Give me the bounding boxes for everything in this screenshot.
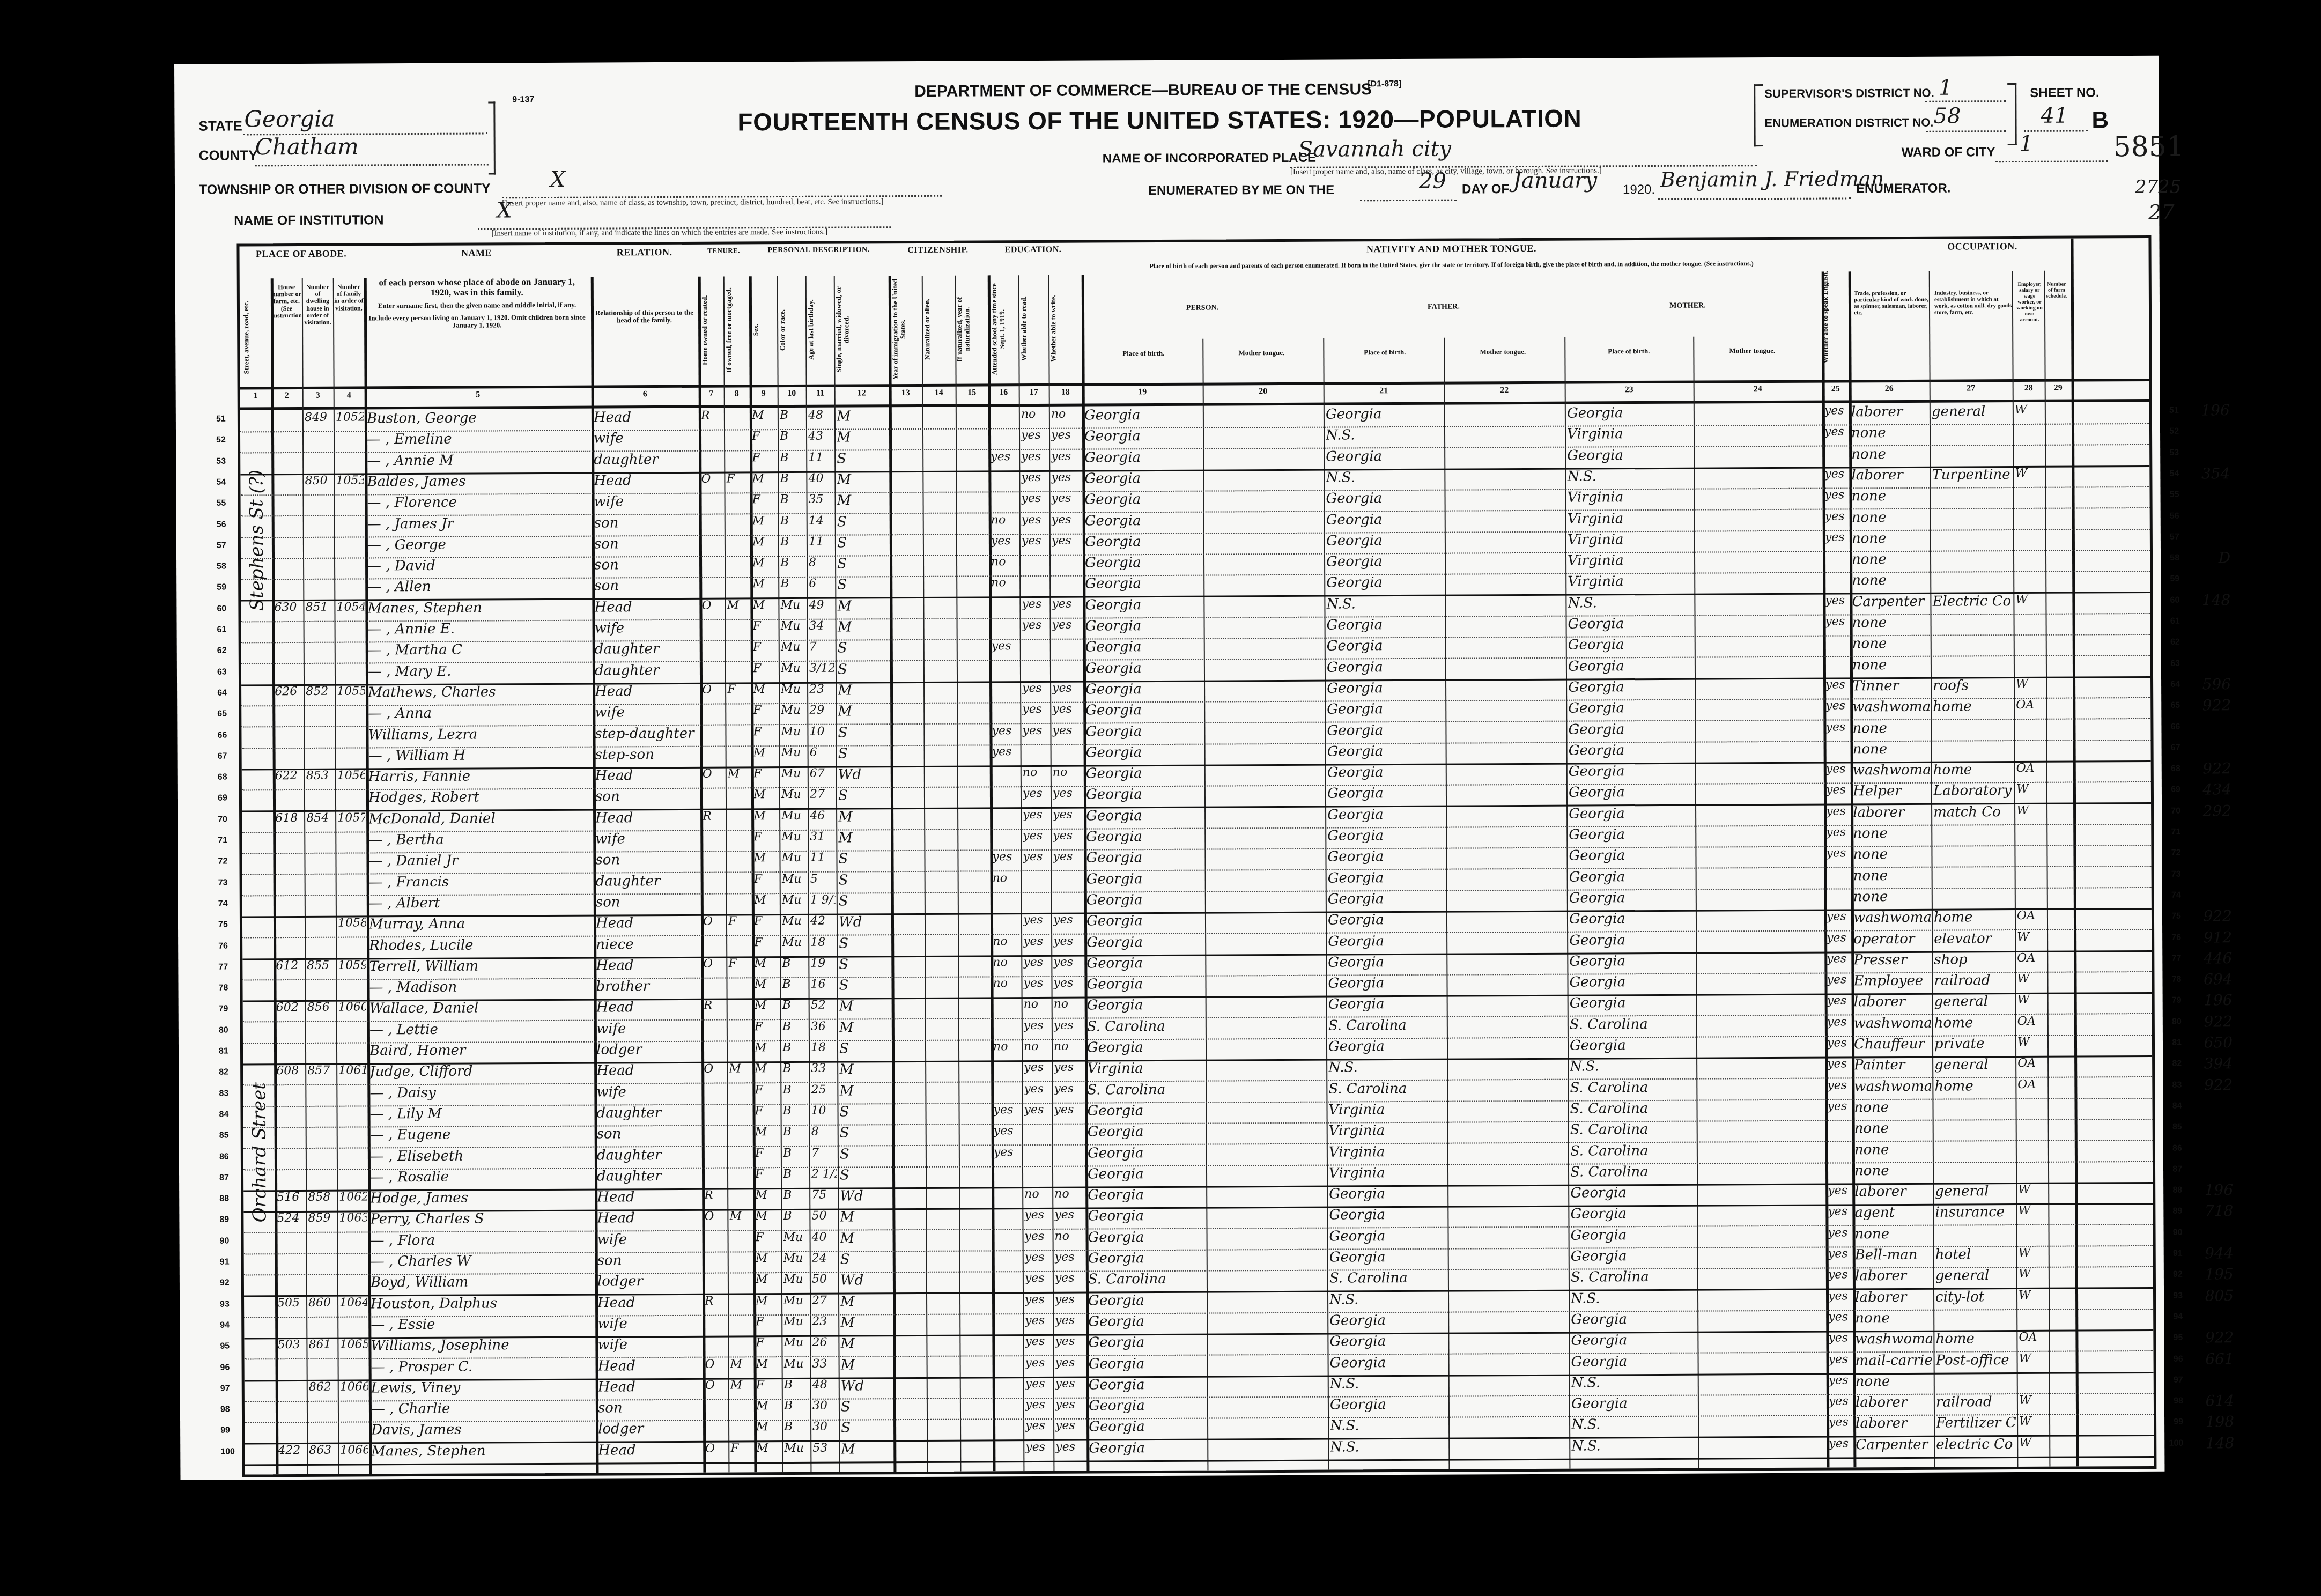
- cell-marital: Wd: [841, 1378, 892, 1394]
- cell-write: yes: [1055, 1251, 1085, 1264]
- cell-marital: M: [837, 471, 888, 487]
- cell-read: yes: [1025, 1292, 1052, 1306]
- cell-sex: F: [754, 914, 779, 928]
- cell-sex: M: [755, 1041, 779, 1054]
- column-number: 1: [240, 391, 271, 407]
- cell-relation: daughter: [596, 1105, 700, 1121]
- cell-sex: F: [755, 1020, 779, 1033]
- cell-school: yes: [992, 850, 1019, 863]
- cell-birth: Georgia: [1089, 1418, 1206, 1435]
- cell-mother-birth: Georgia: [1570, 1185, 1696, 1201]
- cell-relation: Head: [594, 472, 698, 489]
- cell-name: — , Flora: [371, 1231, 594, 1248]
- cell-sex: F: [753, 725, 778, 738]
- column-number: 28: [2013, 383, 2045, 400]
- cell-birth: Georgia: [1087, 997, 1204, 1014]
- cell-mother-birth: Georgia: [1568, 700, 1694, 716]
- cell-owned: R: [704, 999, 726, 1013]
- cell-english: yes: [1827, 952, 1850, 965]
- occupation-code-note: 198: [2206, 1413, 2235, 1431]
- cell-father-birth: Georgia: [1328, 869, 1445, 886]
- cell-father-birth: N.S.: [1326, 469, 1443, 486]
- cell-english: yes: [1829, 1394, 1852, 1408]
- cell-relation: wife: [595, 704, 699, 721]
- cell-english: yes: [1825, 699, 1849, 713]
- cell-read: yes: [1025, 1419, 1052, 1432]
- occupation-code-note: 694: [2204, 970, 2233, 988]
- column-number: 27: [1930, 383, 2013, 400]
- cell-class: W: [2017, 1036, 2046, 1049]
- cell-english: yes: [1824, 404, 1848, 417]
- state-value: Georgia: [244, 106, 335, 132]
- cell-read: no: [1024, 997, 1051, 1011]
- state-label: STATE: [198, 117, 242, 134]
- mortgage-heading: If owned, free or mortgaged.: [725, 276, 747, 383]
- cell-relation: Head: [595, 767, 699, 784]
- cell-mother-birth: N.S.: [1568, 594, 1693, 611]
- cell-dwelling: 851: [305, 600, 333, 614]
- cell-father-birth: N.S.: [1330, 1375, 1447, 1392]
- cell-birth: Georgia: [1088, 1313, 1206, 1330]
- cell-age: 67: [810, 767, 835, 780]
- line-number-right: 61: [2170, 617, 2180, 626]
- cell-occupation: laborer: [1851, 467, 1928, 484]
- line-number: 100: [220, 1447, 235, 1457]
- institution-note: [Insert name of institution, if any, and…: [491, 228, 827, 239]
- cell-age: 50: [811, 1209, 837, 1223]
- cell-race: Mu: [781, 851, 807, 864]
- cell-sex: F: [754, 873, 779, 886]
- column-number: 11: [806, 389, 834, 405]
- cell-birth: Georgia: [1086, 849, 1203, 866]
- cell-race: Mu: [781, 683, 806, 696]
- line-number-right: 80: [2172, 1017, 2182, 1026]
- cell-sex: M: [756, 1252, 780, 1265]
- line-number-right: 63: [2170, 659, 2180, 668]
- cell-marital: M: [838, 830, 890, 846]
- cell-mother-birth: Georgia: [1571, 1395, 1697, 1412]
- cell-marital: M: [839, 999, 891, 1015]
- occupation-code-note: 195: [2205, 1266, 2234, 1283]
- cell-class: W: [2015, 593, 2044, 606]
- cell-father-birth: Georgia: [1329, 1312, 1447, 1329]
- cell-birth: Georgia: [1084, 449, 1202, 465]
- cell-name: Baldes, James: [367, 473, 590, 490]
- cell-industry: Post-office: [1936, 1352, 2016, 1369]
- cell-school: no: [993, 871, 1020, 885]
- cell-name: — , Prosper C.: [371, 1358, 595, 1375]
- cell-read: yes: [1024, 1230, 1051, 1243]
- cell-age: 33: [812, 1357, 838, 1370]
- group-nativity: NATIVITY AND MOTHER TONGUE.: [1081, 242, 1821, 256]
- cell-owned: R: [701, 409, 723, 423]
- cell-race: B: [780, 430, 805, 443]
- cell-write: yes: [1055, 1377, 1085, 1390]
- line-number-right: 53: [2169, 448, 2179, 457]
- cell-write: no: [1054, 1040, 1084, 1053]
- nativity-col-desc: Place of birth of each person and parent…: [1087, 260, 1816, 285]
- line-number-right: 70: [2171, 806, 2180, 816]
- cell-write: yes: [1053, 850, 1083, 863]
- marital-heading: Single, married, widowed, or divorced.: [835, 276, 862, 383]
- cell-father-birth: Georgia: [1327, 659, 1444, 675]
- cell-race: B: [783, 1188, 808, 1202]
- cell-birth: Georgia: [1086, 744, 1203, 760]
- cell-sex: M: [752, 472, 777, 485]
- cell-father-birth: N.S.: [1329, 1291, 1447, 1307]
- cell-birth: Georgia: [1088, 1187, 1205, 1203]
- cell-mother-birth: Georgia: [1570, 1206, 1696, 1222]
- cell-birth: S. Carolina: [1087, 1018, 1204, 1035]
- cell-read: yes: [1021, 471, 1048, 484]
- cell-dwelling: 862: [309, 1380, 337, 1393]
- column-number: 20: [1203, 387, 1324, 403]
- cell-age: 46: [810, 809, 835, 822]
- cell-mother-birth: N.S.: [1567, 468, 1692, 485]
- cell-age: 8: [809, 556, 834, 570]
- column-number: 17: [1019, 388, 1049, 404]
- cell-marital: S: [838, 725, 889, 741]
- cell-sex: F: [752, 493, 777, 506]
- cell-name: McDonald, Daniel: [368, 810, 592, 827]
- census-sheet: STATE Georgia COUNTY Chatham 9-137 TOWNS…: [174, 56, 2164, 1480]
- cell-class: W: [2017, 993, 2046, 1007]
- line-number-right: 64: [2170, 680, 2180, 690]
- cell-mother-birth: S. Carolina: [1570, 1016, 1695, 1032]
- cell-occupation: laborer: [1855, 1289, 1932, 1305]
- cell-write: yes: [1052, 513, 1082, 526]
- cell-relation: son: [596, 894, 700, 911]
- cell-occupation: washwoman: [1854, 1078, 1931, 1095]
- cell-mother-birth: Georgia: [1570, 995, 1695, 1011]
- cell-name: — , William H: [368, 747, 592, 764]
- line-number-right: 97: [2174, 1375, 2183, 1385]
- cell-mother-birth: N.S.: [1571, 1374, 1697, 1391]
- cell-marital: M: [839, 1019, 891, 1036]
- cell-name: — , Emeline: [367, 431, 590, 448]
- cell-race: Mu: [782, 935, 807, 949]
- cell-birth: Georgia: [1088, 1208, 1205, 1224]
- cell-marital: M: [837, 408, 888, 424]
- cell-occupation: washwoman: [1853, 910, 1931, 926]
- cell-english: yes: [1825, 615, 1849, 628]
- cell-birth: Georgia: [1086, 870, 1204, 887]
- cell-industry: home: [1934, 1015, 2014, 1031]
- employer-heading: Employer, salary or wage worker, or work…: [2015, 282, 2045, 389]
- cell-name: Buston, George: [367, 410, 590, 427]
- cell-occupation: washwoman: [1852, 699, 1930, 715]
- incorporated-place-value: Savannah city: [1298, 137, 1452, 162]
- cell-age: 26: [812, 1336, 837, 1349]
- cell-mother-birth: Georgia: [1568, 679, 1694, 696]
- ward-value: 1: [2020, 131, 2034, 156]
- cell-industry: elevator: [1934, 930, 2014, 947]
- cell-mother-birth: S. Carolina: [1570, 1100, 1695, 1117]
- cell-birth: Georgia: [1089, 1439, 1206, 1456]
- cell-write: yes: [1055, 1398, 1085, 1412]
- column-number: 18: [1049, 388, 1082, 404]
- line-number: 94: [220, 1320, 230, 1330]
- cell-dwelling: 857: [307, 1064, 335, 1077]
- cell-english: yes: [1827, 1058, 1851, 1071]
- cell-english: yes: [1828, 1184, 1851, 1197]
- mother-tongue-heading: Mother tongue.: [1696, 347, 1808, 360]
- cell-sex: F: [756, 1336, 780, 1349]
- line-number-right: 68: [2171, 764, 2180, 774]
- cell-birth: Georgia: [1084, 491, 1202, 508]
- cell-class: W: [2018, 1183, 2047, 1196]
- cell-father-birth: Virginia: [1329, 1143, 1446, 1160]
- line-number-right: 92: [2173, 1270, 2183, 1280]
- cell-race: Mu: [782, 872, 807, 885]
- cell-age: 14: [809, 514, 834, 527]
- cell-father-birth: Georgia: [1326, 406, 1443, 423]
- cell-name: Williams, Josephine: [371, 1337, 594, 1354]
- column-number: 3: [302, 391, 334, 407]
- cell-family: 1055: [337, 684, 365, 698]
- cell-mother-birth: Georgia: [1569, 784, 1694, 801]
- cell-mother-birth: Virginia: [1568, 510, 1693, 527]
- cell-birth: S. Carolina: [1088, 1271, 1206, 1288]
- cell-race: B: [780, 556, 805, 570]
- line-number-right: 88: [2172, 1186, 2182, 1195]
- father-tongue-heading: Mother tongue.: [1449, 348, 1556, 361]
- cell-class: W: [2019, 1246, 2047, 1260]
- cell-class: W: [2019, 1394, 2048, 1407]
- cell-father-birth: S. Carolina: [1328, 1080, 1446, 1097]
- cell-marital: Wd: [840, 1272, 892, 1288]
- cell-mother-birth: Virginia: [1568, 552, 1693, 569]
- line-number-right: 77: [2171, 954, 2181, 963]
- cell-occupation: laborer: [1856, 1394, 1933, 1411]
- cell-mother-birth: Virginia: [1567, 489, 1692, 506]
- cell-age: 16: [810, 978, 836, 991]
- margin-note-1: 2725: [2135, 176, 2182, 198]
- cell-relation: wife: [597, 1231, 701, 1247]
- line-number-right: 98: [2174, 1396, 2183, 1406]
- cell-race: B: [780, 514, 805, 527]
- cell-name: — , James Jr: [367, 515, 591, 532]
- cell-marital: S: [839, 1040, 891, 1056]
- occupation-code-note: 922: [2202, 696, 2231, 714]
- cell-relation: daughter: [595, 662, 699, 678]
- cell-read: yes: [1025, 1398, 1052, 1412]
- cell-occupation: washwoman: [1855, 1331, 1932, 1348]
- cell-marital: S: [839, 977, 890, 993]
- cell-industry: home: [1934, 909, 2014, 926]
- line-number: 65: [217, 710, 227, 719]
- cell-age: 40: [811, 1230, 837, 1244]
- line-number: 67: [218, 751, 227, 761]
- mother-pob-heading: Place of birth.: [1570, 348, 1688, 361]
- cell-age: 49: [809, 598, 834, 611]
- cell-english: yes: [1827, 1036, 1851, 1050]
- cell-dwelling: 858: [308, 1191, 336, 1204]
- cell-owned: O: [704, 1062, 726, 1076]
- cell-read: yes: [1022, 723, 1049, 737]
- cell-relation: wife: [597, 1316, 701, 1332]
- cell-mother-birth: N.S.: [1571, 1290, 1696, 1306]
- line-number-right: 96: [2174, 1354, 2183, 1364]
- cell-marital: M: [839, 1061, 891, 1077]
- cell-mother-birth: Georgia: [1568, 721, 1694, 737]
- cell-english: yes: [1826, 825, 1850, 839]
- cell-marital: Wd: [840, 1188, 891, 1204]
- cell-mortgage: M: [729, 1210, 752, 1223]
- cell-english: yes: [1829, 1373, 1852, 1387]
- cell-birth: Georgia: [1089, 1376, 1206, 1393]
- street-heading: Street, avenue, road, etc.: [242, 284, 270, 391]
- township-note: [Insert proper name and, also, name of c…: [502, 197, 884, 208]
- line-number: 82: [219, 1068, 228, 1077]
- cell-race: Mu: [781, 746, 807, 759]
- column-number: 25: [1822, 384, 1849, 400]
- cell-father-birth: Georgia: [1329, 1207, 1446, 1223]
- line-number-right: 59: [2170, 574, 2179, 584]
- cell-birth: Georgia: [1088, 1229, 1205, 1245]
- cell-name: Terrell, William: [369, 957, 593, 974]
- cell-english: yes: [1828, 1247, 1852, 1260]
- group-name: NAME: [364, 247, 589, 260]
- cell-race: B: [782, 1104, 808, 1118]
- cell-relation: son: [597, 1252, 701, 1269]
- cell-industry: railroad: [1936, 1394, 2016, 1410]
- cell-marital: M: [838, 809, 890, 825]
- district-bracket-right: [2007, 83, 2017, 145]
- cell-race: Mu: [783, 1231, 808, 1244]
- cell-relation: Head: [595, 809, 699, 826]
- line-number: 76: [218, 941, 228, 951]
- cell-father-birth: Georgia: [1328, 996, 1446, 1013]
- enumerator-label: ENUMERATOR.: [1856, 181, 1951, 197]
- cell-father-birth: Georgia: [1328, 891, 1445, 907]
- line-number: 86: [219, 1152, 229, 1162]
- cell-write: yes: [1053, 808, 1083, 821]
- immigration-heading: Year of immigration to the United States…: [891, 276, 921, 383]
- cell-occupation: Carpenter: [1852, 593, 1929, 610]
- cell-industry: match Co: [1933, 804, 2013, 821]
- column-number: 14: [922, 388, 956, 404]
- column-number: 4: [334, 390, 365, 407]
- cell-english: yes: [1826, 847, 1850, 860]
- cell-owned: O: [703, 767, 725, 781]
- cell-relation: Head: [598, 1357, 702, 1374]
- occupation-code-note: 196: [2201, 401, 2230, 419]
- cell-birth: Georgia: [1084, 407, 1202, 424]
- cell-class: OA: [2016, 762, 2045, 775]
- line-number: 54: [216, 477, 226, 487]
- cell-owned: R: [704, 1189, 726, 1202]
- cell-occupation: none: [1852, 530, 1929, 547]
- column-number: 7: [699, 389, 724, 405]
- cell-name: — , Daniel Jr: [368, 852, 592, 869]
- cell-father-birth: S. Carolina: [1329, 1270, 1447, 1287]
- cell-race: Mu: [783, 1294, 809, 1307]
- cell-marital: S: [837, 535, 889, 551]
- cell-english: yes: [1828, 1310, 1852, 1324]
- group-education: EDUCATION.: [987, 245, 1078, 255]
- line-number: 98: [220, 1405, 230, 1415]
- cell-write: no: [1053, 766, 1083, 779]
- cell-read: yes: [1024, 1208, 1051, 1222]
- enumerated-year: 1920.: [1623, 182, 1655, 197]
- supervisor-district: 1: [1939, 76, 1953, 100]
- cell-school: no: [993, 935, 1020, 948]
- naturalized-heading: Naturalized or alien.: [923, 276, 953, 383]
- sex-heading: Sex.: [752, 276, 774, 383]
- cell-age: 6: [810, 745, 835, 759]
- cell-race: Mu: [784, 1442, 809, 1455]
- cell-marital: S: [838, 788, 890, 804]
- cell-owned: O: [704, 1210, 726, 1223]
- cell-occupation: none: [1853, 741, 1930, 758]
- cell-mother-birth: Georgia: [1568, 657, 1694, 674]
- line-number-right: 58: [2170, 553, 2179, 563]
- cell-family: 1053: [336, 474, 364, 487]
- mother-heading: MOTHER.: [1567, 301, 1808, 315]
- cell-english: yes: [1829, 1353, 1852, 1366]
- cell-read: yes: [1024, 1082, 1051, 1095]
- cell-write: yes: [1052, 618, 1082, 632]
- cell-name: — , Annie E.: [368, 620, 592, 638]
- cell-relation: lodger: [598, 1421, 702, 1437]
- cell-age: 30: [812, 1420, 838, 1434]
- cell-mother-birth: Georgia: [1570, 1226, 1696, 1243]
- line-number: 73: [218, 878, 228, 888]
- cell-relation: daughter: [597, 1147, 701, 1163]
- cell-sex: M: [755, 999, 779, 1012]
- line-number: 81: [219, 1047, 228, 1056]
- cell-birth: Georgia: [1085, 555, 1202, 571]
- naturalization-year-heading: If naturalized, year of naturalization.: [956, 275, 986, 382]
- cell-sex: M: [752, 514, 777, 528]
- cell-occupation: Painter: [1854, 1057, 1931, 1074]
- cell-mother-birth: Georgia: [1567, 447, 1692, 463]
- enumerator-name: Benjamin J. Friedman: [1660, 167, 1884, 191]
- cell-marital: M: [837, 492, 888, 508]
- cell-age: 48: [812, 1378, 838, 1391]
- occupation-code-note: 148: [2202, 591, 2231, 609]
- cell-marital: M: [839, 1083, 891, 1099]
- cell-industry: general: [1934, 993, 2014, 1010]
- cell-father-birth: Georgia: [1328, 933, 1445, 949]
- cell-age: 3/12: [809, 661, 834, 675]
- line-number: 62: [217, 646, 227, 656]
- cell-age: 48: [808, 409, 833, 422]
- supervisor-label: SUPERVISOR'S DISTRICT NO.: [1764, 86, 1934, 101]
- name-col-desc: of each person whose place of abode on J…: [368, 277, 586, 386]
- cell-father-birth: Georgia: [1327, 764, 1445, 781]
- race-heading: Color or race.: [779, 276, 803, 383]
- cell-english: yes: [1828, 1226, 1851, 1239]
- cell-birth: Georgia: [1084, 428, 1202, 445]
- cell-sex: F: [753, 767, 778, 780]
- cell-occupation: laborer: [1854, 994, 1931, 1010]
- line-number-right: 62: [2170, 638, 2180, 647]
- cell-sex: F: [753, 640, 778, 654]
- cell-relation: Head: [596, 1062, 700, 1079]
- cell-relation: daughter: [595, 641, 699, 657]
- column-number: 2: [271, 391, 302, 407]
- cell-english: yes: [1824, 489, 1848, 502]
- cell-name: — , Rosalie: [370, 1168, 594, 1185]
- cell-marital: S: [837, 577, 889, 593]
- line-number-right: 93: [2173, 1291, 2183, 1301]
- cell-english: yes: [1825, 720, 1849, 734]
- cell-occupation: Tinner: [1852, 678, 1930, 694]
- occupation-code-note: 292: [2203, 802, 2232, 819]
- cell-house: 503: [277, 1338, 305, 1351]
